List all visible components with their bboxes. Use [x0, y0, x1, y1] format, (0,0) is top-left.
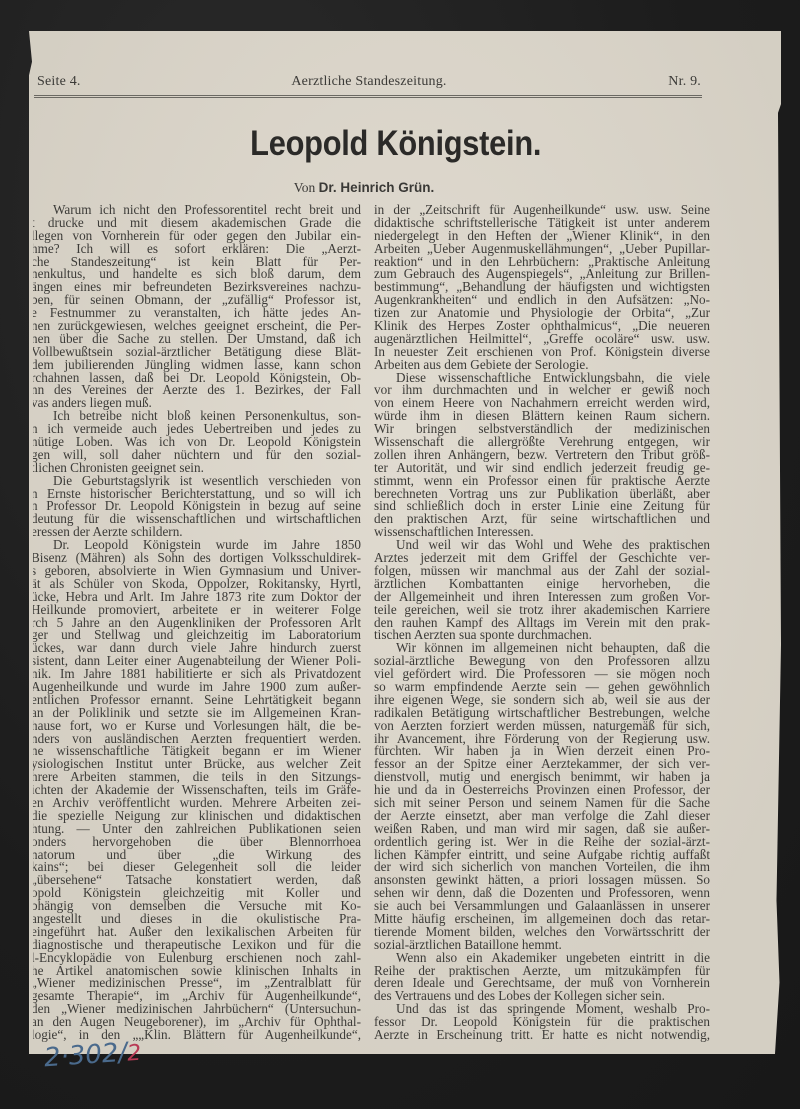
text-line: bhängig von demselben die Versuche mit K…	[31, 900, 361, 913]
text-line: In neuester Zeit erschienen von Prof. Kö…	[374, 346, 710, 359]
text-line: sind schließlich doch in erster Linie ei…	[374, 500, 710, 513]
text-line: t drucke und mit diesem akademischen Gra…	[31, 217, 361, 230]
text-line: des Vertrauens und des Lobes der Kollege…	[374, 990, 710, 1003]
text-line: von einem Heere von Nachahmern erreicht …	[374, 397, 710, 410]
text-line: sie auch bei Versammlungen und Galaanläs…	[374, 900, 710, 913]
text-line: nütige Loben. Was ich von Dr. Leopold Kö…	[31, 436, 361, 449]
text-line: natorum und über „die Wirkung des	[31, 849, 361, 862]
text-line: zum Gebrauch des Augenspiegels“, „Anleit…	[374, 268, 710, 281]
text-line: so warm empfindende Aerzte sein — gehen …	[374, 681, 710, 694]
text-line: Warum ich nicht den Professorentitel rec…	[31, 204, 361, 217]
text-line: zollen ihren Anhängern, bezw. Vertretern…	[374, 449, 710, 462]
text-line: Bisenz (Mähren) als Sohn des dortigen Vo…	[31, 552, 361, 565]
text-line: onders hervorgehoben die über Blennorrho…	[31, 836, 361, 849]
text-line: die spezielle Neigung zur klinischen und…	[31, 810, 361, 823]
text-line: deren Ideale und Gerechtsame, der muß vo…	[374, 977, 710, 990]
text-line: l-Encyklopädie von Eulenburg erschienen …	[31, 952, 361, 965]
text-line: Arbeiten aus dem Gebiete der Serologie.	[374, 359, 710, 372]
publication-name: Aerztliche Standeszeitung.	[37, 74, 701, 90]
text-line: Diese wissenschaftliche Entwicklungsbahn…	[374, 372, 710, 385]
text-line: che Standeszeitung“ ist kein Blatt für P…	[31, 256, 361, 269]
text-line: vor ihm durchmachten und in welcher er g…	[374, 384, 710, 397]
text-line: rchahnen lassen, daß bei Dr. Leopold Kön…	[31, 372, 361, 385]
text-line: s geboren, absolvierte in Wien Gymnasium…	[31, 565, 361, 578]
text-line: an der Poliklinik und setzte sie im Allg…	[31, 707, 361, 720]
text-line: „übersehene“ Tatsache konstatiert werden…	[31, 874, 361, 887]
text-line: Und weil wir das Wohl und Wehe des prakt…	[374, 539, 710, 552]
text-line: he Artikel anatomischen sowie klinischen…	[31, 965, 361, 978]
text-line: radikalen Betätigung wirtschaftlicher Be…	[374, 707, 710, 720]
text-line: Mitte häufig erscheinen, im allgemeinen …	[374, 913, 710, 926]
text-line: würde ihm in diesen Blättern keinen Raum…	[374, 410, 710, 423]
text-line: deutung für die wissenschaftlichen und w…	[31, 513, 361, 526]
text-line: Augenheilkunde und wurde im Jahre 1900 z…	[31, 681, 361, 694]
text-line: hause fort, wo er Kurse und Vorlesungen …	[31, 720, 361, 733]
byline: Von Dr. Heinrich Grün.	[0, 180, 728, 196]
text-line: n ich vermeide auch jedes Uebertreiben u…	[31, 423, 361, 436]
text-line: ärztlichen Kombattanten einige hervorheb…	[374, 578, 710, 591]
text-line: sehen wir denn, daß die Dozenten und Pro…	[374, 887, 710, 900]
text-line: fürchten. Wir haben ja in Wien derzeit e…	[374, 745, 710, 758]
issue-number: Nr. 9.	[668, 74, 701, 90]
text-line: Wir können im allgemeinen nicht behaupte…	[374, 642, 710, 655]
text-line: tizen zur Anatomie und Physiologie der O…	[374, 307, 710, 320]
text-line: dem jubilierenden Jüngling widmen lasse,…	[31, 359, 361, 372]
text-line: nen zurückgewiesen, welches geeignet ers…	[31, 320, 361, 333]
text-line: htung. — Unter den zahlreichen Publikati…	[31, 823, 361, 836]
text-line: ne wissenschaftliche Tätigkeit begann er…	[31, 745, 361, 758]
text-line: ordentlich gering ist. Wer in die Reihe …	[374, 836, 710, 849]
text-line: ückes, war dann durch viele Jahre hindur…	[31, 642, 361, 655]
text-line: wissenschaftlichen Interessen.	[374, 526, 710, 539]
text-line: teile gereichen, weil sie trotz ihrer ak…	[374, 604, 710, 617]
text-line: n Ernste historischer Berichterstattung,…	[31, 488, 361, 501]
text-line: ben, für seinen Obmann, der „zufällig“ P…	[31, 294, 361, 307]
text-line: Und das ist das springende Moment, wesha…	[374, 1003, 710, 1016]
header-rule	[34, 95, 702, 98]
text-line: e Festnummer zu veranstalten, ich hätte …	[31, 307, 361, 320]
text-line: fessor an der Spitze einer Aerztekammer,…	[374, 758, 710, 771]
text-line: eressen der Aerzte schildern.	[31, 526, 361, 539]
running-head: Seite 4. Aerztliche Standeszeitung. Nr. …	[37, 74, 701, 96]
text-line: gesamte Therapie“, im „Archiv für Augenh…	[31, 990, 361, 1003]
text-line: Reihe der praktischen Aerzte, um mitzukä…	[374, 965, 710, 978]
left-column: Warum ich nicht den Professorentitel rec…	[31, 204, 361, 1042]
text-line: viel gefördert wird. Die Professoren — s…	[374, 668, 710, 681]
text-line: tlichen Chronisten geeignet sein.	[31, 462, 361, 475]
text-line: hrere Arbeiten stammen, die teils in den…	[31, 771, 361, 784]
text-line: Wenn also ein Akademiker ungebeten eintr…	[374, 952, 710, 965]
article-title: Leopold Königstein.	[44, 124, 748, 164]
text-line: tierende Moment bilden, welches den Vorw…	[374, 926, 710, 939]
byline-author: Dr. Heinrich Grün.	[319, 180, 435, 195]
text-line: nenkultus, und handelte es sich bloß dar…	[31, 268, 361, 281]
text-line: nen über die Sache zu stellen. Der Umsta…	[31, 333, 361, 346]
text-line: hme? Ich will es sofort erklären: Die „A…	[31, 243, 361, 256]
text-line: ger und Stellwag und gleichzeitig im Lab…	[31, 629, 361, 642]
text-line: weißen Raben, und man wird mir sagen, da…	[374, 823, 710, 836]
shelfmark-number: 2·302/	[43, 1038, 128, 1074]
text-line: n Professor Dr. Leopold Königstein in be…	[31, 500, 361, 513]
text-line: der wird sich sicherlich von manchen Vor…	[374, 861, 710, 874]
text-line: sich mit seiner Person und seinem Namen …	[374, 797, 710, 810]
text-line: an den Augen Neugeborener), im „Archiv f…	[31, 1016, 361, 1029]
text-line: ihr Avancement, ihre Förderung von der R…	[374, 733, 710, 746]
text-line: opold Königstein gleichzeitig mit Koller…	[31, 887, 361, 900]
text-line: bestimmung“, „Behandlung der häufigsten …	[374, 281, 710, 294]
text-line: nn des Vereines der Aerzte des 1. Bezirk…	[31, 384, 361, 397]
text-line: folgen, müssen wir manchmal aus der Zahl…	[374, 565, 710, 578]
text-line: Klinik des Herpes Zoster ophthalmicus“, …	[374, 320, 710, 333]
text-line: den rauhen Kampf des Alltags im Verein m…	[374, 617, 710, 630]
text-line: en Archiv veröffentlicht wurden. Mehrere…	[31, 797, 361, 810]
text-line: reaktion“ und in den Lehrbüchern: „Prakt…	[374, 256, 710, 269]
text-line: gen will, soll daher nüchtern und für de…	[31, 449, 361, 462]
text-line: rch 5 Jahre an den Augenkliniken der Pro…	[31, 617, 361, 630]
text-line: sistent, dann Leiter einer Augenabteilun…	[31, 655, 361, 668]
text-line: Aerzte in Erscheinung tritt. Er hatte es…	[374, 1029, 710, 1042]
text-line: Augenkrankheiten“ und endlich in den Auf…	[374, 294, 710, 307]
text-line: angestellt und dieses in die okulistisch…	[31, 913, 361, 926]
text-line: Heilkunde promoviert, arbeitete er in we…	[31, 604, 361, 617]
text-line: ichten der Akademie der Wissenschaften, …	[31, 784, 361, 797]
text-line: vas anders liegen muß.	[31, 397, 361, 410]
text-line: Vollbewußtsein sozial-ärztlicher Betätig…	[31, 346, 361, 359]
text-line: von Aerzten forziert werden müssen, natu…	[374, 720, 710, 733]
text-line: sozial-ärztliche Bewegung von den Profes…	[374, 655, 710, 668]
text-line: ät als Schüler von Skoda, Oppolzer, Roki…	[31, 578, 361, 591]
text-line: Wir bringen selbstverständlich der mediz…	[374, 423, 710, 436]
text-line: ücke, Hebra und Arlt. Im Jahre 1873 rite…	[31, 591, 361, 604]
text-line: entlichen Professor ernannt. Seine Lehrt…	[31, 694, 361, 707]
text-line: stimmt, wenn ein Professor einen für pra…	[374, 475, 710, 488]
text-line: dienstvoll, mutig und energisch benimmt,…	[374, 771, 710, 784]
text-line: der Allgemeinheit und ihren Interessen z…	[374, 591, 710, 604]
text-line: berechneten Vortrag uns zur Publikation …	[374, 488, 710, 501]
text-line: eingeführt hat. Außer den lexikalischen …	[31, 926, 361, 939]
text-line: den „Wiener medizinischen Jahrbüchern“ (…	[31, 1003, 361, 1016]
shelfmark-suffix: 2	[126, 1041, 142, 1067]
text-line: Arbeiten „Ueber Augenmuskellähmungen“, „…	[374, 243, 710, 256]
text-line: kains“; bei dieser Gelegenheit soll die …	[31, 861, 361, 874]
text-line: nders von ausländischen Aerzten frequent…	[31, 733, 361, 746]
text-line: sozial-ärztlichen Bataillone hemmt.	[374, 939, 710, 952]
text-line: ängen eines mir befreundeten Bezirksvere…	[31, 281, 361, 294]
text-line: in der „Zeitschrift für Augenheilkunde“ …	[374, 204, 710, 217]
text-line: tischen Aerzten sua sponte durchmachen.	[374, 629, 710, 642]
text-line: augenärztlichen Heilmittel“, „Greffe oco…	[374, 333, 710, 346]
text-line: Wissenschaft die allergrößte Verehrung e…	[374, 436, 710, 449]
text-line: Ich betreibe nicht bloß keinen Personenk…	[31, 410, 361, 423]
text-line: Dr. Leopold Königstein wurde im Jahre 18…	[31, 539, 361, 552]
text-line: nik. Im Jahre 1881 habilitierte er sich …	[31, 668, 361, 681]
text-line: ihre eigenen Wege, sie sondern sich ab, …	[374, 694, 710, 707]
text-line: der Aerzte einsetzt, aber man verfolge d…	[374, 810, 710, 823]
right-column: in der „Zeitschrift für Augenheilkunde“ …	[374, 204, 710, 1042]
text-line: Die Geburtstagslyrik ist wesentlich vers…	[31, 475, 361, 488]
text-line: lichen Kämpfer eintritt, und seine Aufga…	[374, 849, 710, 862]
text-line: Arztes jederzeit mit dem Griffel der Ges…	[374, 552, 710, 565]
text-line: niedergelegt in den Heften der „Wiener K…	[374, 230, 710, 243]
text-line: „Wiener medizinischen Presse“, im „Zentr…	[31, 977, 361, 990]
text-line: ansonsten gewinkt hätten, a priori lossa…	[374, 874, 710, 887]
text-line: fessor Dr. Leopold Königstein für die pr…	[374, 1016, 710, 1029]
text-line: didaktische schriftstellerische Tätigkei…	[374, 217, 710, 230]
text-line: ysiologischen Institut unter Brücke, aus…	[31, 758, 361, 771]
text-line: hie und da in Oesterreichs Provinzen ein…	[374, 784, 710, 797]
byline-prefix: Von	[294, 180, 316, 195]
text-line: diagnostische und therapeutische Lexikon…	[31, 939, 361, 952]
text-line: llegen von Vornherein für oder gegen den…	[31, 230, 361, 243]
text-line: ter Autorität, und wir sind endlich jede…	[374, 462, 710, 475]
text-line: den praktischen Arzt, für seine wirtscha…	[374, 513, 710, 526]
